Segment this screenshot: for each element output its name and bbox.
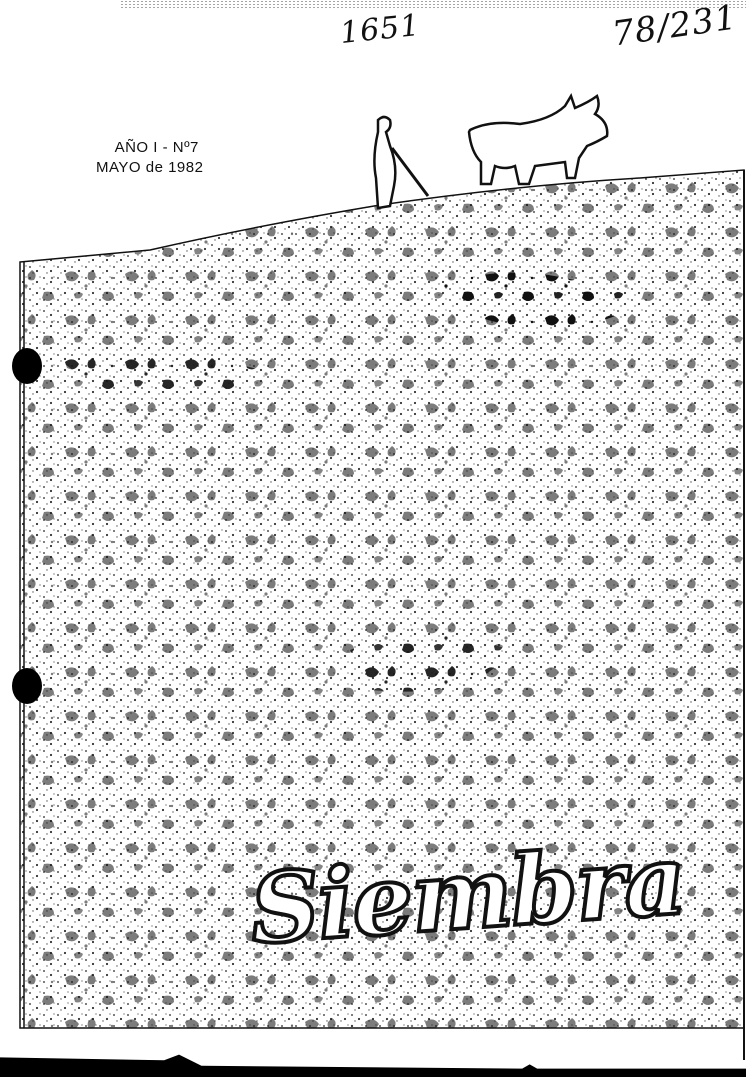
binding-hole-icon bbox=[12, 668, 42, 704]
farmer-icon bbox=[374, 117, 428, 208]
ox-icon bbox=[469, 96, 607, 184]
binding-hole-icon bbox=[12, 348, 42, 384]
